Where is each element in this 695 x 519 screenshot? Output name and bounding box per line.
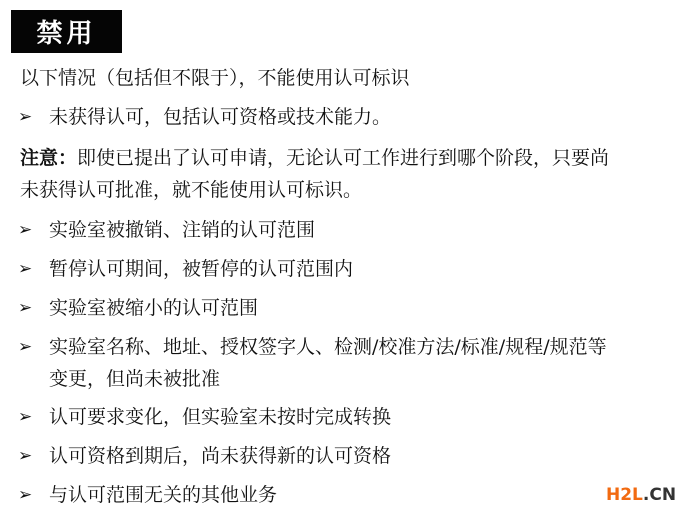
arrow-bullet-icon: ➢ [18,485,32,505]
note-line-1: 注意：即使已提出了认可申请，无论认可工作进行到哪个阶段，只要尚 [20,146,609,170]
arrow-bullet-icon: ➢ [18,446,32,466]
arrow-bullet-icon: ➢ [18,298,32,318]
list-item-continuation: 变更，但尚未被批准 [49,367,220,391]
note-label: 注意： [20,147,77,169]
list-item: 实验室名称、地址、授权签字人、检测/校准方法/标准/规程/规范等 [49,335,607,359]
arrow-bullet-icon: ➢ [18,407,32,427]
arrow-bullet-icon: ➢ [18,107,32,127]
list-item: 实验室被撤销、注销的认可范围 [49,218,315,242]
arrow-bullet-icon: ➢ [18,220,32,240]
list-item: 暂停认可期间，被暂停的认可范围内 [49,257,353,281]
watermark-logo: H2L.CN [606,485,676,505]
list-item: 认可要求变化，但实验室未按时完成转换 [49,405,391,429]
note-line-2: 未获得认可批准，就不能使用认可标识。 [20,178,362,202]
logo-h2l: H2L [606,485,643,505]
section-title: 禁用 [11,10,122,53]
list-item: 实验室被缩小的认可范围 [49,296,258,320]
list-item: 认可资格到期后，尚未获得新的认可资格 [49,444,391,468]
list-item: 未获得认可，包括认可资格或技术能力。 [49,105,391,129]
note-text: 即使已提出了认可申请，无论认可工作进行到哪个阶段，只要尚 [77,147,609,169]
arrow-bullet-icon: ➢ [18,259,32,279]
intro-text: 以下情况（包括但不限于），不能使用认可标识 [20,66,410,90]
arrow-bullet-icon: ➢ [18,337,32,357]
list-item: 与认可范围无关的其他业务 [49,483,277,507]
logo-cn: .CN [643,485,676,505]
